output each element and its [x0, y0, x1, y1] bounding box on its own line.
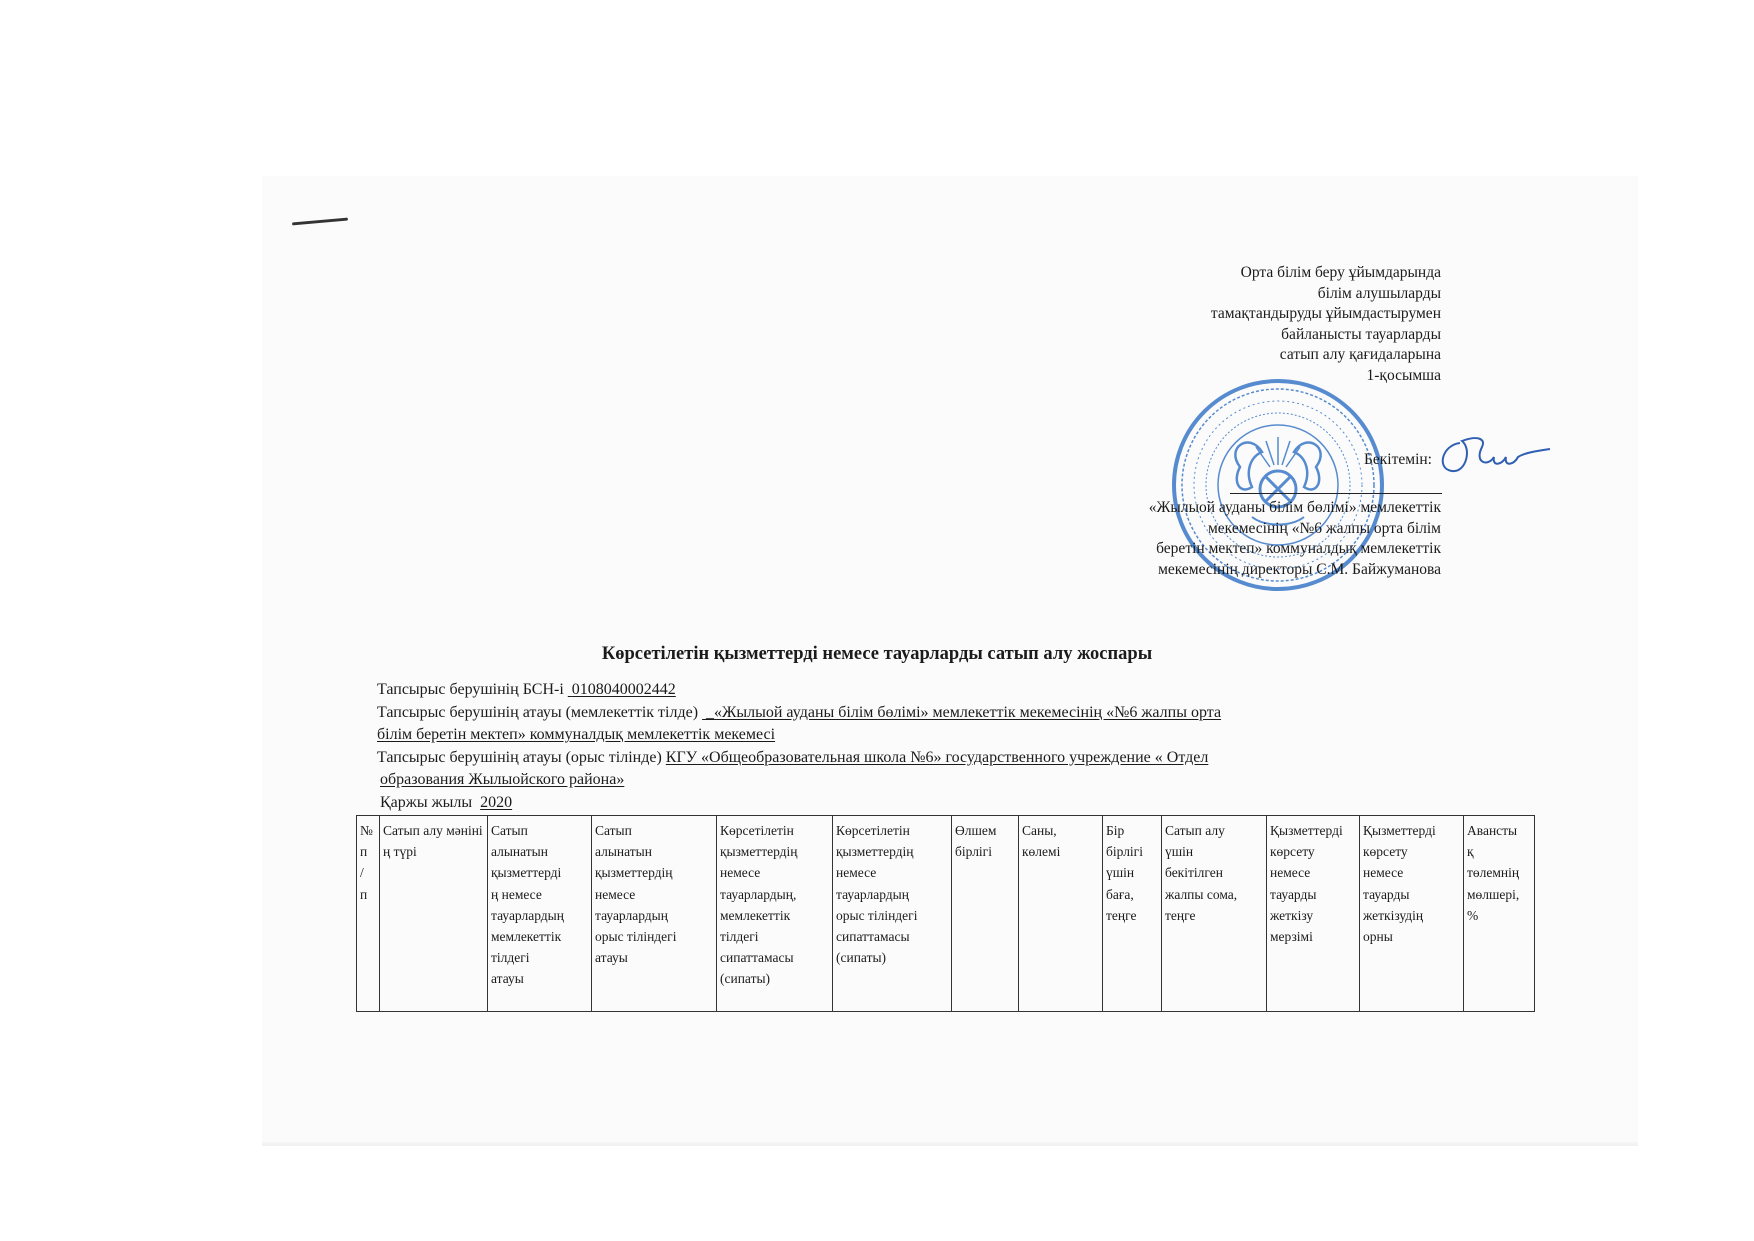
annex-line: байланысты тауарларды: [1211, 325, 1441, 346]
column-header-unit: Өлшембірлігі: [952, 816, 1019, 1012]
column-header-quantity: Саны,көлемі: [1019, 816, 1103, 1012]
column-header-advance-payment: Аванстықтөлемніңмөлшері,%: [1464, 816, 1535, 1012]
column-header-procurement-type: Сатып алу мәнінің түрі: [380, 816, 488, 1012]
approver-line: мекемесінің директоры С.М. Байжуманова: [1149, 560, 1441, 581]
bin-value: 0108040002442: [568, 681, 676, 698]
fiscal-year-value: 2020: [480, 794, 512, 811]
document-title: Көрсетілетін қызметтерді немесе тауарлар…: [0, 644, 1754, 665]
annex-line: тамақтандыруды ұйымдастырумен: [1211, 304, 1441, 325]
name-ru-label: Тапсырыс берушінің атауы (орыс тілінде): [377, 749, 662, 766]
column-header-name-ru: Сатыпалынатынқызметтердіңнемесетауарлард…: [592, 816, 717, 1012]
annex-line: білім алушыларды: [1211, 284, 1441, 305]
approver-line: беретін мектеп» коммуналдық мемлекеттік: [1149, 539, 1441, 560]
column-header-description-ru: Көрсетілетінқызметтердіңнемесетауарларды…: [833, 816, 952, 1012]
procurement-plan-table: №п/п Сатып алу мәнінің түрі Сатыпалынаты…: [356, 815, 1535, 1012]
column-header-unit-price: Бірбірлігіүшінбаға,теңге: [1103, 816, 1162, 1012]
name-ru-value: КГУ «Общеобразовательная школа №6» госуд…: [666, 749, 1209, 766]
annex-reference: Орта білім беру ұйымдарында білім алушыл…: [1211, 263, 1441, 386]
table-header-row: №п/п Сатып алу мәнінің түрі Сатыпалынаты…: [357, 816, 1535, 1012]
column-header-number: №п/п: [357, 816, 380, 1012]
column-header-description-kz: Көрсетілетінқызметтердіңнемесетауарларды…: [717, 816, 833, 1012]
bin-label: Тапсырыс берушінің БСН-і: [377, 681, 564, 698]
approver-line: «Жылыой ауданы білім бөлімі» мемлекеттік: [1149, 498, 1441, 519]
column-header-delivery-place: Қызметтердікөрсетунемесетауардыжеткізуді…: [1360, 816, 1464, 1012]
name-kz-value: _«Жылыой ауданы білім бөлімі» мемлекетті…: [702, 704, 1221, 721]
approve-label: Бекітемін:: [1364, 451, 1432, 469]
scan-edge: [262, 1142, 1638, 1146]
name-ru-value-continued: образования Жылыойского района»: [380, 771, 624, 788]
bin-row: Тапсырыс берушінің БСН-і 0108040002442: [377, 679, 1467, 702]
name-kz-label: Тапсырыс берушінің атауы (мемлекеттік ті…: [377, 704, 698, 721]
column-header-delivery-term: Қызметтердікөрсетунемесетауардыжеткізуме…: [1267, 816, 1360, 1012]
fiscal-year-label: Қаржы жылы: [380, 794, 472, 811]
name-kz-row: Тапсырыс берушінің атауы (мемлекеттік ті…: [377, 702, 1467, 725]
approver-line: мекемесінің «№6 жалпы орта білім: [1149, 519, 1441, 540]
annex-line: сатып алу қағидаларына: [1211, 345, 1441, 366]
customer-details: Тапсырыс берушінің БСН-і 0108040002442 Т…: [377, 679, 1467, 814]
name-ru-value-continued-row: образования Жылыойского района»: [377, 769, 1467, 792]
column-header-total-amount: Сатып алуүшінбекітілгенжалпы сома,теңге: [1162, 816, 1267, 1012]
annex-line: Орта білім беру ұйымдарында: [1211, 263, 1441, 284]
column-header-name-kz: Сатыпалынатынқызметтердің немесетауарлар…: [488, 816, 592, 1012]
name-ru-row: Тапсырыс берушінің атауы (орыс тілінде) …: [377, 747, 1467, 770]
signature-icon: [1432, 425, 1552, 485]
name-kz-value-continued: білім беретін мектеп» коммуналдық мемлек…: [377, 724, 775, 747]
signature-line: [1230, 493, 1442, 494]
approver-block: «Жылыой ауданы білім бөлімі» мемлекеттік…: [1149, 498, 1441, 580]
fiscal-year-row: Қаржы жылы 2020: [377, 792, 1467, 815]
